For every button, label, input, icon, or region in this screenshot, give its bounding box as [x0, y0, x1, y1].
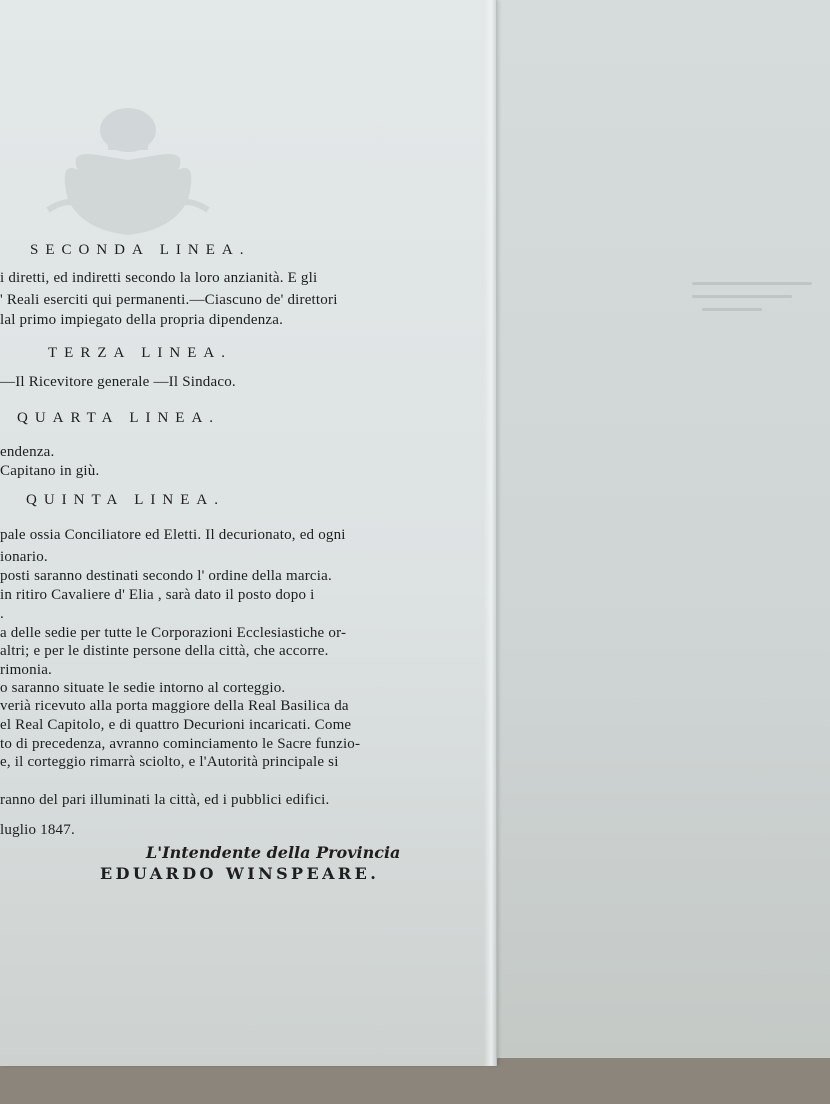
body-line: —Il Ricevitore generale —Il Sindaco. — [0, 374, 236, 391]
body-line: ' Reali eserciti qui permanenti.—Ciascun… — [0, 292, 338, 309]
royal-crest-watermark-icon — [38, 100, 218, 240]
closing-line: ranno del pari illuminati la città, ed i… — [0, 792, 329, 809]
page-edge — [484, 0, 496, 1066]
body-line: el Real Capitolo, e di quattro Decurioni… — [0, 717, 351, 734]
body-line: to di precedenza, avranno cominciamento … — [0, 736, 360, 753]
bleed-through-marks — [692, 272, 822, 322]
body-line: o saranno situate le sedie intorno al co… — [0, 680, 285, 697]
body-line: e, il corteggio rimarrà sciolto, e l'Aut… — [0, 754, 339, 771]
section-heading: SECONDA LINEA. — [30, 242, 251, 259]
date-line: luglio 1847. — [0, 822, 75, 839]
body-line: ionario. — [0, 549, 48, 566]
body-line: in ritiro Cavaliere d' Elia , sarà dato … — [0, 587, 314, 604]
body-line: . — [0, 606, 4, 623]
section-heading: QUARTA LINEA. — [17, 410, 220, 427]
signature-name: EDUARDO WINSPEARE. — [100, 864, 379, 883]
signature-title: L'Intendente della Provincia — [146, 843, 400, 862]
left-page: SECONDA LINEA. i diretti, ed indiretti s… — [0, 0, 497, 1066]
right-page — [497, 0, 830, 1058]
body-line: endenza. — [0, 444, 54, 461]
body-line: pale ossia Conciliatore ed Eletti. Il de… — [0, 527, 346, 544]
body-line: lal primo impiegato della propria dipend… — [0, 312, 283, 329]
body-line: i diretti, ed indiretti secondo la loro … — [0, 270, 317, 287]
body-line: Capitano in giù. — [0, 463, 99, 480]
section-heading: TERZA LINEA. — [48, 345, 232, 362]
body-line: verià ricevuto alla porta maggiore della… — [0, 698, 349, 715]
body-line: altri; e per le distinte persone della c… — [0, 643, 329, 660]
section-heading: QUINTA LINEA. — [26, 492, 225, 509]
body-line: a delle sedie per tutte le Corporazioni … — [0, 625, 346, 642]
body-line: rimonia. — [0, 662, 52, 679]
body-line: posti saranno destinati secondo l' ordin… — [0, 568, 332, 585]
